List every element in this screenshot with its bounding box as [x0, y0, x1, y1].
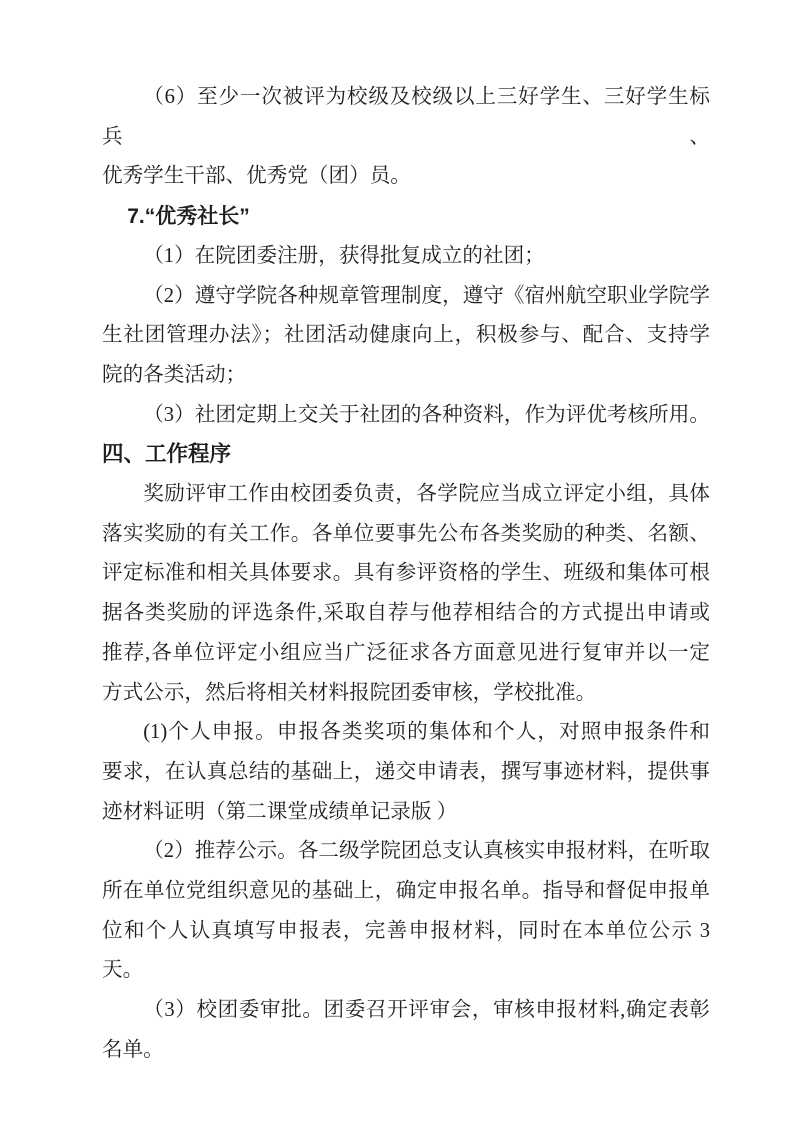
- document-page: （6）至少一次被评为校级及校级以上三好学生、三好学生标兵、优秀学生干部、优秀党（…: [0, 0, 793, 1122]
- text-line: （2）推荐公示。各二级学院团总支认真核实申报材料，在听取: [102, 832, 710, 872]
- text-line: （6）至少一次被评为校级及校级以上三好学生、三好学生标兵、: [102, 78, 710, 157]
- subsection-heading: 7.“优秀社长”: [102, 197, 710, 237]
- document-text: （6）至少一次被评为校级及校级以上三好学生、三好学生标兵、优秀学生干部、优秀党（…: [102, 78, 710, 1071]
- text-line: 院的各类活动；: [102, 356, 710, 396]
- text-line: 方式公示，然后将相关材料报院团委审核，学校批准。: [102, 674, 710, 714]
- text-line: 位和个人认真填写申报表，完善申报材料，同时在本单位公示 3: [102, 912, 710, 952]
- text-line: （2）遵守学院各种规章管理制度，遵守《宿州航空职业学院学: [102, 277, 710, 317]
- text-line: 优秀学生干部、优秀党（团）员。: [102, 157, 710, 197]
- text-line: 生社团管理办法》；社团活动健康向上，积极参与、配合、支持学: [102, 316, 710, 356]
- text-line: 所在单位党组织意见的基础上，确定申报名单。指导和督促申报单: [102, 872, 710, 912]
- text-line: 名单。: [102, 1031, 710, 1071]
- text-line: 落实奖励的有关工作。各单位要事先公布各类奖励的种类、名额、: [102, 515, 710, 555]
- text-line: 要求，在认真总结的基础上，递交申请表，撰写事迹材料，提供事: [102, 753, 710, 793]
- text-line: （1）在院团委注册，获得批复成立的社团；: [102, 237, 710, 277]
- text-line: 迹材料证明（第二课堂成绩单记录版 ）: [102, 793, 710, 833]
- text-line: 评定标准和相关具体要求。具有参评资格的学生、班级和集体可根: [102, 554, 710, 594]
- text-line: （3）校团委审批。团委召开评审会，审核申报材料,确定表彰: [102, 991, 710, 1031]
- text-line: (1)个人申报。申报各类奖项的集体和个人，对照申报条件和: [102, 713, 710, 753]
- text-line: （3）社团定期上交关于社团的各种资料，作为评优考核所用。: [102, 396, 710, 436]
- text-line: 据各类奖励的评选条件,采取自荐与他荐相结合的方式提出申请或: [102, 594, 710, 634]
- section-heading: 四、工作程序: [102, 435, 710, 475]
- text-line: 推荐,各单位评定小组应当广泛征求各方面意见进行复审并以一定: [102, 634, 710, 674]
- text-line: 天。: [102, 951, 710, 991]
- text-line: 奖励评审工作由校团委负责，各学院应当成立评定小组，具体: [102, 475, 710, 515]
